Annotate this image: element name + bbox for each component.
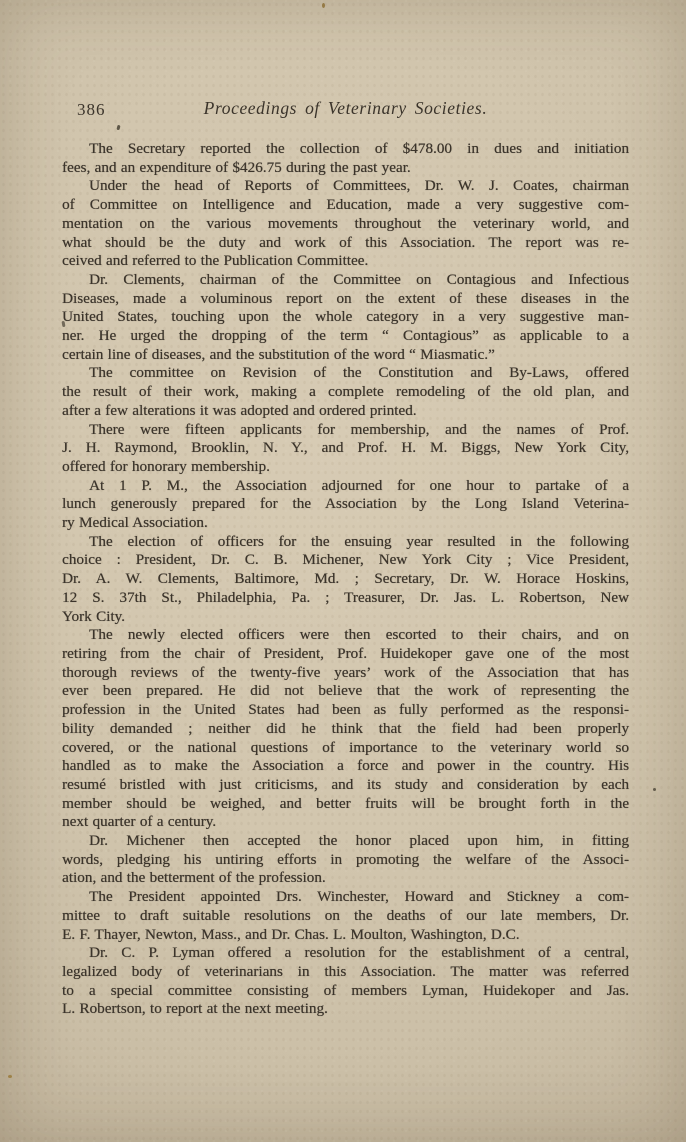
text-line: ation, and the betterment of the profess… <box>62 869 629 888</box>
text-line: The President appointed Drs. Winchester,… <box>62 888 629 907</box>
text-line: At 1 P. M., the Association adjourned fo… <box>62 477 629 496</box>
text-line: the result of their work, making a compl… <box>62 383 629 402</box>
text-line: The committee on Revision of the Constit… <box>62 364 629 383</box>
text-line: next quarter of a century. <box>62 813 629 832</box>
paragraph: The election of officers for the ensuing… <box>62 533 629 627</box>
text-line: The Secretary reported the collection of… <box>62 140 629 159</box>
text-line: what should be the duty and work of this… <box>62 234 629 253</box>
scanned-book-page: 386 Proceedings of Veterinary Societies.… <box>0 0 686 1142</box>
page-content: 386 Proceedings of Veterinary Societies.… <box>62 98 629 1019</box>
text-line: Dr. Michener then accepted the honor pla… <box>62 832 629 851</box>
text-line: ceived and referred to the Publication C… <box>62 252 629 271</box>
text-line: lunch generously prepared for the Associ… <box>62 495 629 514</box>
paragraph: There were fifteen applicants for member… <box>62 421 629 477</box>
paragraph: The newly elected officers were then esc… <box>62 626 629 832</box>
text-line: of Committee on Intelligence and Educati… <box>62 196 629 215</box>
paragraph: Dr. Clements, chairman of the Committee … <box>62 271 629 365</box>
text-line: York City. <box>62 608 629 627</box>
paper-fleck <box>8 1075 12 1078</box>
paragraph: Under the head of Reports of Committees,… <box>62 177 629 271</box>
page-number: 386 <box>77 100 106 120</box>
text-line: ever been prepared. He did not believe t… <box>62 682 629 701</box>
text-line: handled as to make the Association a for… <box>62 757 629 776</box>
text-line: retiring from the chair of President, Pr… <box>62 645 629 664</box>
text-line: J. H. Raymond, Brooklin, N. Y., and Prof… <box>62 439 629 458</box>
text-line: Under the head of Reports of Committees,… <box>62 177 629 196</box>
text-line: resumé bristled with just criticisms, an… <box>62 776 629 795</box>
text-line: The election of officers for the ensuing… <box>62 533 629 552</box>
text-line: fees, and an expenditure of $426.75 duri… <box>62 159 629 178</box>
text-line: The newly elected officers were then esc… <box>62 626 629 645</box>
text-line: thorough reviews of the twenty-five year… <box>62 664 629 683</box>
ink-speck <box>653 788 656 791</box>
text-line: ry Medical Association. <box>62 514 629 533</box>
text-line: E. F. Thayer, Newton, Mass., and Dr. Cha… <box>62 926 629 945</box>
paper-fleck <box>322 3 325 8</box>
running-title: Proceedings of Veterinary Societies. <box>62 98 629 119</box>
text-line: after a few alterations it was adopted a… <box>62 402 629 421</box>
text-line: United States, touching upon the whole c… <box>62 308 629 327</box>
text-line: Dr. A. W. Clements, Baltimore, Md. ; Sec… <box>62 570 629 589</box>
text-line: L. Robertson, to report at the next meet… <box>62 1000 629 1019</box>
text-line: offered for honorary membership. <box>62 458 629 477</box>
paragraph: The President appointed Drs. Winchester,… <box>62 888 629 944</box>
text-line: certain line of diseases, and the substi… <box>62 346 629 365</box>
text-line: words, pledging his untiring efforts in … <box>62 851 629 870</box>
text-line: Dr. C. P. Lyman offered a resolution for… <box>62 944 629 963</box>
text-line: legalized body of veterinarians in this … <box>62 963 629 982</box>
page-body: The Secretary reported the collection of… <box>62 140 629 1019</box>
paragraph: The Secretary reported the collection of… <box>62 140 629 177</box>
text-line: ner. He urged the dropping of the term “… <box>62 327 629 346</box>
text-line: Dr. Clements, chairman of the Committee … <box>62 271 629 290</box>
page-header: 386 Proceedings of Veterinary Societies. <box>62 98 629 128</box>
paragraph: The committee on Revision of the Constit… <box>62 364 629 420</box>
text-line: mittee to draft suitable resolutions on … <box>62 907 629 926</box>
text-line: profession in the United States had been… <box>62 701 629 720</box>
text-line: bility demanded ; neither did he think t… <box>62 720 629 739</box>
paragraph: Dr. Michener then accepted the honor pla… <box>62 832 629 888</box>
paragraph: At 1 P. M., the Association adjourned fo… <box>62 477 629 533</box>
text-line: 12 S. 37th St., Philadelphia, Pa. ; Trea… <box>62 589 629 608</box>
text-line: There were fifteen applicants for member… <box>62 421 629 440</box>
text-line: covered, or the national questions of im… <box>62 739 629 758</box>
text-line: Diseases, made a voluminous report on th… <box>62 290 629 309</box>
text-line: member should be weighed, and better fru… <box>62 795 629 814</box>
text-line: mentation on the various movements throu… <box>62 215 629 234</box>
text-line: to a special committee consisting of mem… <box>62 982 629 1001</box>
text-line: choice : President, Dr. C. B. Michener, … <box>62 551 629 570</box>
paragraph: Dr. C. P. Lyman offered a resolution for… <box>62 944 629 1019</box>
